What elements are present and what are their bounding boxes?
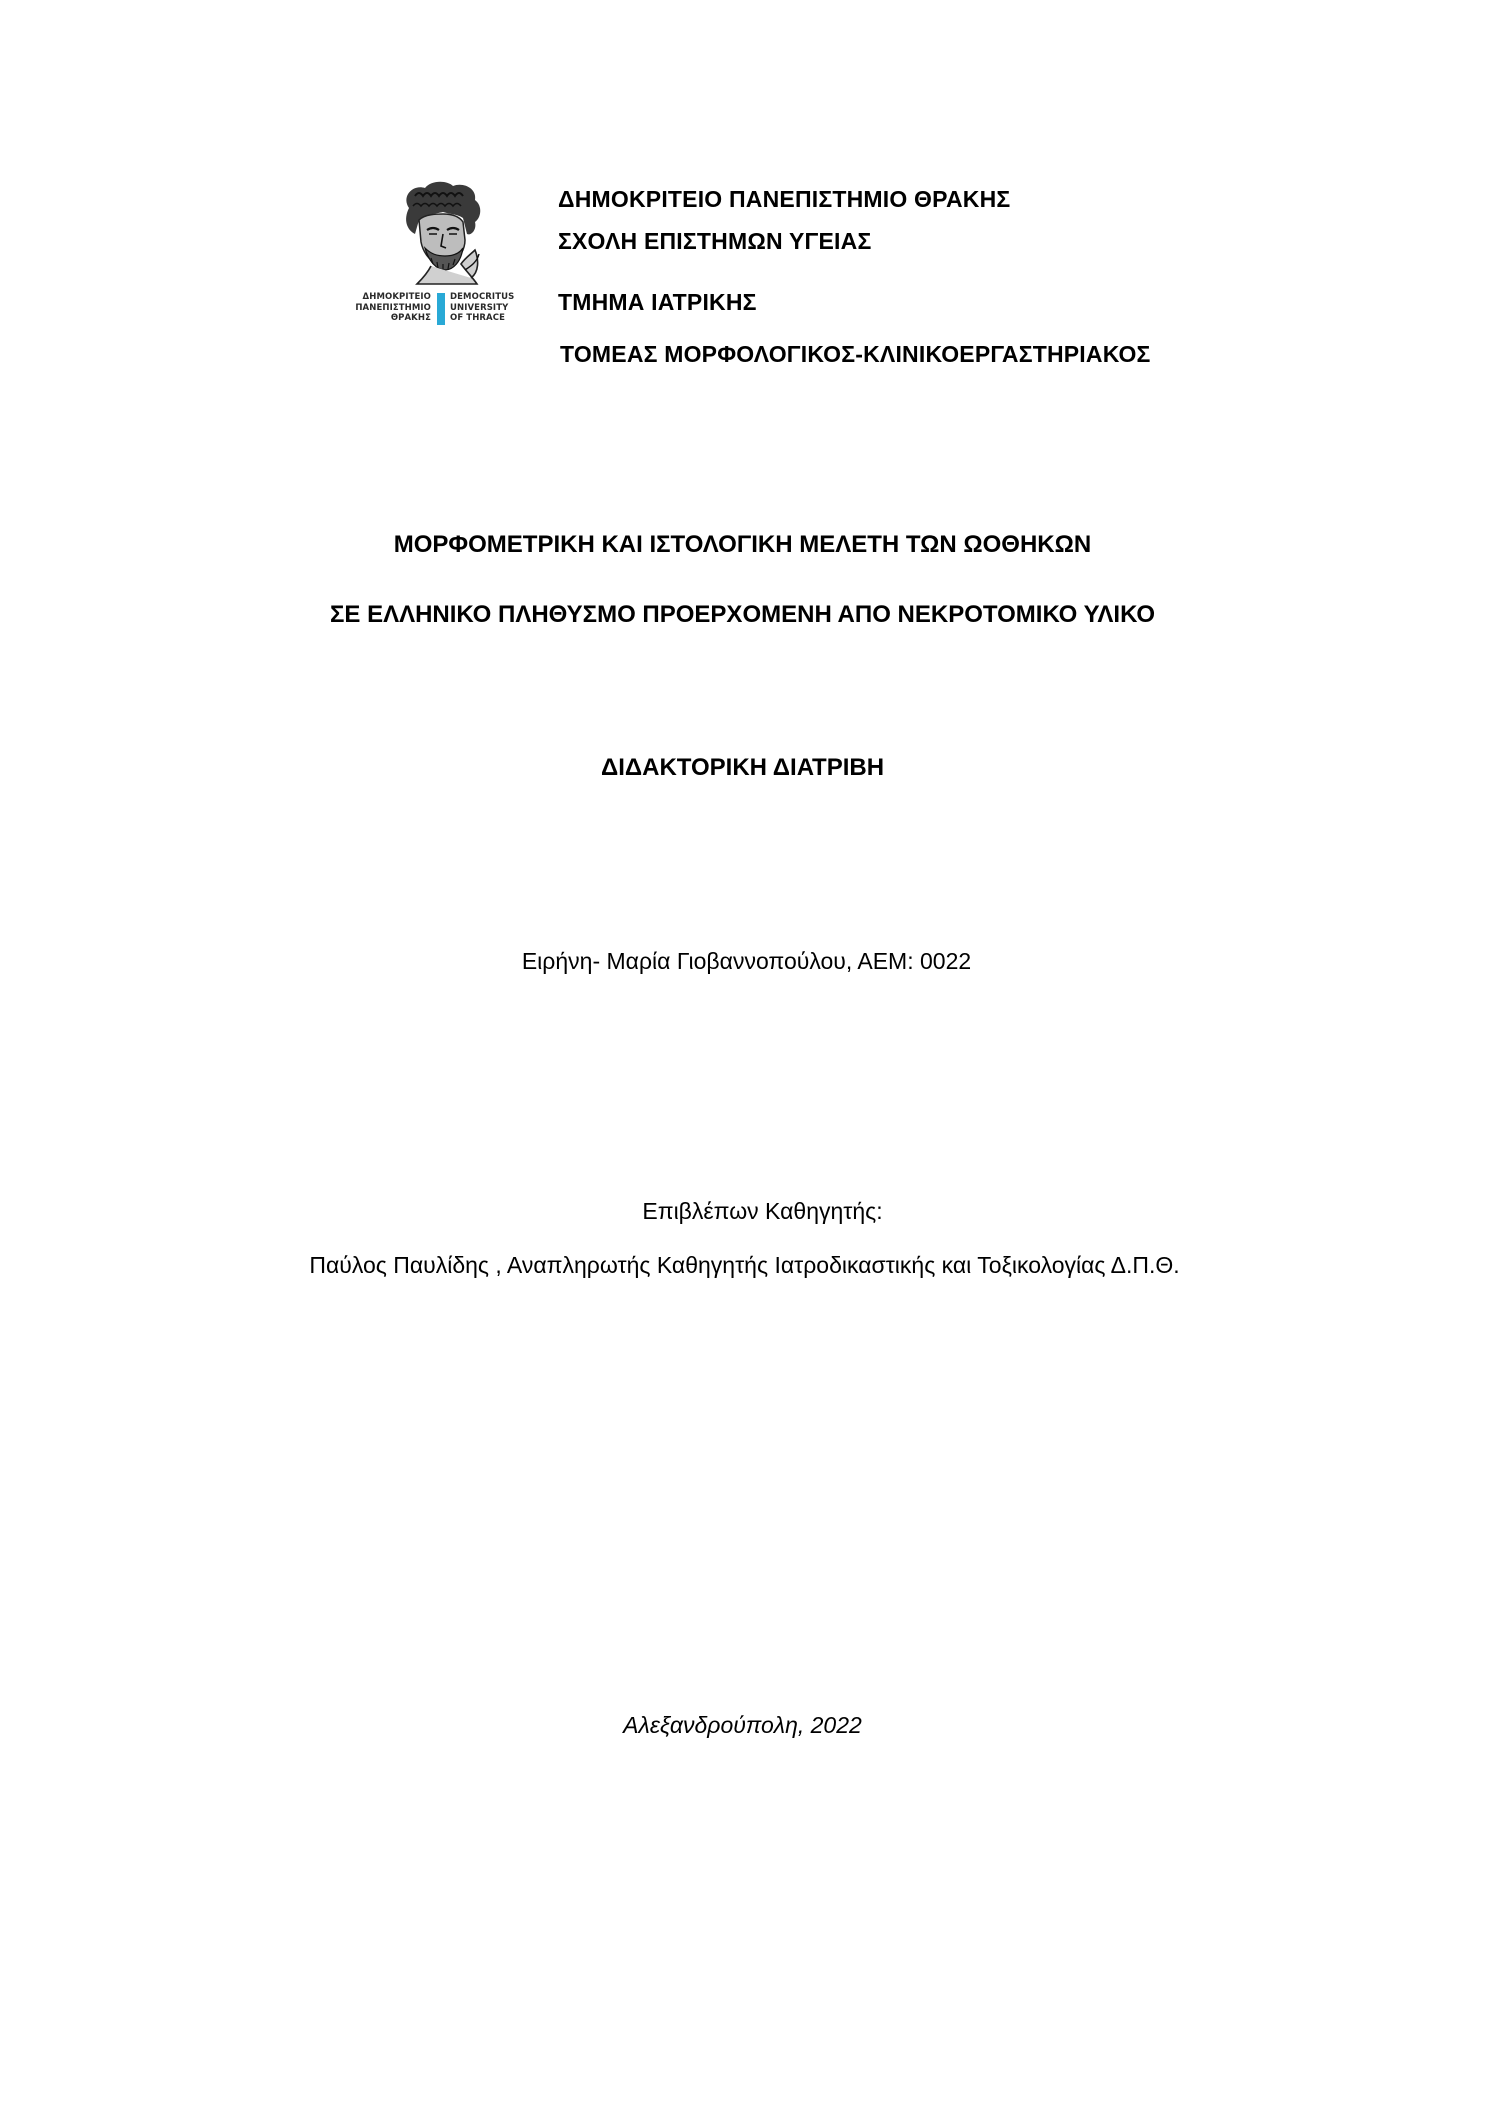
supervisor-label: Επιβλέπων Καθηγητής: — [18, 1200, 1489, 1223]
department-name: ΤΜΗΜΑ ΙΑΤΡΙΚΗΣ — [558, 291, 757, 314]
logo-greek-line: ΠΑΝΕΠΙΣΤΗΜΙΟ — [333, 303, 431, 314]
author-line: Ειρήνη- Μαρία Γιοβαννοπούλου, ΑΕΜ: 0022 — [2, 950, 1489, 973]
logo-english-line: UNIVERSITY — [450, 303, 536, 314]
university-name: ΔΗΜΟΚΡΙΤΕΙΟ ΠΑΝΕΠΙΣΤΗΜΙΟ ΘΡΑΚΗΣ — [558, 188, 1010, 211]
logo-english-line: DEMOCRITUS — [450, 292, 536, 303]
logo-english-line: OF THRACE — [450, 313, 536, 324]
democritus-bust-icon — [391, 178, 491, 286]
logo-greek-text: ΔΗΜΟΚΡΙΤΕΙΟ ΠΑΝΕΠΙΣΤΗΜΙΟ ΘΡΑΚΗΣ — [333, 292, 431, 324]
logo-greek-line: ΔΗΜΟΚΡΙΤΕΙΟ — [333, 292, 431, 303]
supervisor-name: Παύλος Παυλίδης , Αναπληρωτής Καθηγητής … — [0, 1254, 1489, 1277]
university-logo: ΔΗΜΟΚΡΙΤΕΙΟ ΠΑΝΕΠΙΣΤΗΜΙΟ ΘΡΑΚΗΣ DEMOCRIT… — [333, 176, 537, 342]
logo-greek-line: ΘΡΑΚΗΣ — [333, 313, 431, 324]
place-date: Αλεξανδρούπολη, 2022 — [0, 1714, 1487, 1737]
thesis-cover-page: ΔΗΜΟΚΡΙΤΕΙΟ ΠΑΝΕΠΙΣΤΗΜΙΟ ΘΡΑΚΗΣ DEMOCRIT… — [0, 0, 1489, 2105]
logo-accent-bar — [437, 293, 445, 325]
thesis-title-line-1: ΜΟΡΦΟΜΕΤΡΙΚΗ ΚΑΙ ΙΣΤΟΛΟΓΙΚΗ ΜΕΛΕΤΗ ΤΩΝ Ω… — [0, 533, 1487, 557]
sector-name: ΤΟΜΕΑΣ ΜΟΡΦΟΛΟΓΙΚΟΣ-ΚΛΙΝΙΚΟΕΡΓΑΣΤΗΡΙΑΚΟΣ — [560, 343, 1151, 366]
school-name: ΣΧΟΛΗ ΕΠΙΣΤΗΜΩΝ ΥΓΕΙΑΣ — [558, 230, 871, 253]
thesis-title-line-2: ΣΕ ΕΛΛΗΝΙΚΟ ΠΛΗΘΥΣΜΟ ΠΡΟΕΡΧΟΜΕΝΗ ΑΠΟ ΝΕΚ… — [0, 603, 1487, 627]
logo-english-text: DEMOCRITUS UNIVERSITY OF THRACE — [450, 292, 536, 324]
thesis-type: ΔΙΔΑΚΤΟΡΙΚΗ ΔΙΑΤΡΙΒΗ — [0, 756, 1487, 780]
